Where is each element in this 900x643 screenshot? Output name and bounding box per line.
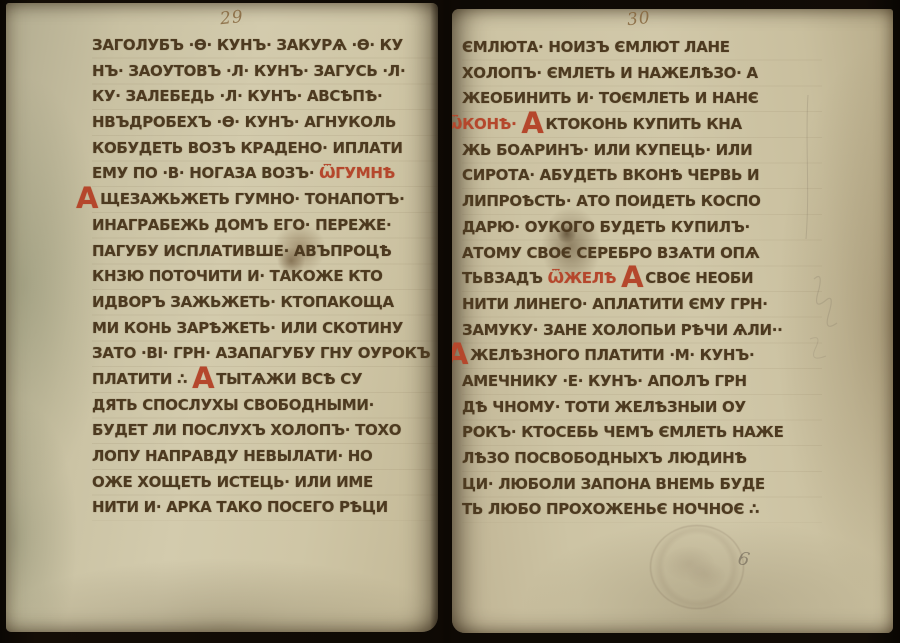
text-line: ЦИ· ЛЮБОЛИ ЗАПОНА ВНЕМЬ БУДЕ bbox=[462, 472, 822, 498]
text-line: ЛОПУ НАПРАВДУ НЕВЫЛАТИ· НО bbox=[92, 444, 438, 470]
text-line: НИТИ ЛИНЕГО· АПЛАТИТИ ЄМУ ГРН· bbox=[462, 292, 822, 318]
ink-text: СВОЄ НЕОБИ bbox=[645, 269, 753, 287]
text-line: СИРОТА· АБУДЕТЬ ВКОНѢ ЧЕРВЬ И bbox=[462, 163, 822, 189]
text-line: ЛѢЗО ПОСВОБОДНЫХЪ ЛЮДИНѢ bbox=[462, 446, 822, 472]
rubric-initial: А bbox=[76, 181, 100, 215]
manuscript-text-right: ЄМЛЮТА· НОИЗЪ ЄМЛЮТ ЛАНЕХОЛОПЪ· ЄМЛЕТЬ И… bbox=[462, 35, 822, 523]
text-line: АЖЕЛѢЗНОГО ПЛАТИТИ ·М· КУНЪ· bbox=[462, 343, 822, 369]
folio-number-left: 29 bbox=[219, 7, 245, 29]
rubric-initial: А bbox=[452, 337, 470, 371]
ink-text: ИНАГРАБЕЖЬ ДОМЪ ЕГО· ПЕРЕЖЕ· bbox=[92, 216, 391, 234]
ink-text: ТЬВЗАДЪ bbox=[462, 269, 548, 287]
text-line: ИДВОРЪ ЗАЖЬЖЕТЬ· КТОПАКОЩА bbox=[92, 290, 438, 316]
text-line: КОБУДЕТЬ ВОЗЪ КРАДЕНО· ИПЛАТИ bbox=[92, 136, 438, 162]
pencil-marginalia-icon bbox=[798, 89, 844, 409]
text-line: НИТИ И· АРКА ТАКО ПОСЕГО РѢЦИ bbox=[92, 495, 438, 521]
rubric-initial: А bbox=[192, 361, 216, 395]
text-line: ПАГУБУ ИСПЛАТИВШЕ· АВЪПРОЦѢ bbox=[92, 239, 438, 265]
text-line: ЗАТО ·ВІ· ГРН· АЗАПАГУБУ ГНУ ОУРОКЪ bbox=[92, 341, 438, 367]
text-line: РОКЪ· КТОСЕБЬ ЧЕМЪ ЄМЛЕТЬ НАЖЕ bbox=[462, 420, 822, 446]
text-line: ѾКОНѢ· АКТОКОНЬ КУПИТЬ КНА bbox=[462, 112, 822, 138]
ink-text: ТЫТѦЖИ ВСѢ СУ bbox=[216, 370, 362, 388]
text-line: ЗАМУКУ· ЗАНЕ ХОЛОПЬИ РѢЧИ ѦЛИ·· bbox=[462, 318, 822, 344]
text-line: ДЯТЬ СПОСЛУХЫ СВОБОДНЫМИ· bbox=[92, 393, 438, 419]
text-line: НЪ· ЗАОУТОВЪ ·Л· КУНЪ· ЗАГУСЬ ·Л· bbox=[92, 59, 438, 85]
left-page: 29 ЗАГОЛУБЪ ·Ѳ· КУНЪ· ЗАКУРѦ ·Ѳ· КУНЪ· З… bbox=[6, 3, 438, 632]
ink-text: ЩЕЗАЖЬЖЕТЬ ГУМНО· ТОНАПОТЪ· bbox=[100, 190, 404, 208]
ink-text: ЦИ· ЛЮБОЛИ ЗАПОНА ВНЕМЬ БУДЕ bbox=[462, 475, 765, 493]
ink-text: ЗАМУКУ· ЗАНЕ ХОЛОПЬИ РѢЧИ ѦЛИ·· bbox=[462, 321, 783, 339]
text-line: КУ· ЗАЛЕБЕДЬ ·Л· КУНЪ· АВСѢПѢ· bbox=[92, 84, 438, 110]
manuscript-text-left: ЗАГОЛУБЪ ·Ѳ· КУНЪ· ЗАКУРѦ ·Ѳ· КУНЪ· ЗАОУ… bbox=[92, 33, 438, 521]
ink-text: ХОЛОПЪ· ЄМЛЕТЬ И НАЖЕЛѢЗО· А bbox=[462, 64, 758, 82]
ink-text: ЖЕЛѢЗНОГО ПЛАТИТИ ·М· КУНЪ· bbox=[470, 346, 754, 364]
folio-number-right: 30 bbox=[626, 9, 652, 30]
text-line: ПЛАТИТИ ∴ АТЫТѦЖИ ВСѢ СУ bbox=[92, 367, 438, 393]
rubric-initial: А bbox=[621, 260, 645, 294]
text-line: ТЬВЗАДЪ ѾЖЕЛѢ АСВОЄ НЕОБИ bbox=[462, 266, 822, 292]
ink-text: ЕМУ ПО ·В· НОГАЗА ВОЗЪ· bbox=[92, 164, 319, 182]
ink-text: БУДЕТ ЛИ ПОСЛУХЪ ХОЛОПЪ· ТОХО bbox=[92, 421, 401, 439]
text-line: МИ КОНЬ ЗАРѢЖЕТЬ· ИЛИ СКОТИНУ bbox=[92, 316, 438, 342]
manuscript-photo: 29 ЗАГОЛУБЪ ·Ѳ· КУНЪ· ЗАКУРѦ ·Ѳ· КУНЪ· З… bbox=[0, 0, 900, 643]
text-line: НВЪДРОБЕХЪ ·Ѳ· КУНЪ· АГНУКОЛЬ bbox=[92, 110, 438, 136]
pencil-note: 6 bbox=[736, 548, 751, 571]
rubric-text: ѾКОНѢ· bbox=[452, 115, 521, 133]
text-line: ЛИПРОѢСТЬ· АТО ПОИДЕТЬ КОСПО bbox=[462, 189, 822, 215]
ink-text: НВЪДРОБЕХЪ ·Ѳ· КУНЪ· АГНУКОЛЬ bbox=[92, 113, 396, 131]
text-line: ДѢ ЧНОМУ· ТОТИ ЖЕЛѢЗНЫИ ОУ bbox=[462, 395, 822, 421]
rubric-text: ѾЖЕЛѢ bbox=[548, 269, 622, 287]
ink-text: СИРОТА· АБУДЕТЬ ВКОНѢ ЧЕРВЬ И bbox=[462, 166, 759, 184]
ink-text: ЗАГОЛУБЪ ·Ѳ· КУНЪ· ЗАКУРѦ ·Ѳ· КУ bbox=[92, 36, 403, 54]
text-line: ЕМУ ПО ·В· НОГАЗА ВОЗЪ· ѾГУМНѢ bbox=[92, 161, 438, 187]
rubric-text: ѾГУМНѢ bbox=[319, 164, 395, 182]
ink-text: ИДВОРЪ ЗАЖЬЖЕТЬ· КТОПАКОЩА bbox=[92, 293, 394, 311]
text-line: БУДЕТ ЛИ ПОСЛУХЪ ХОЛОПЪ· ТОХО bbox=[92, 418, 438, 444]
ink-text: КНЗЮ ПОТОЧИТИ И· ТАКОЖЕ КТО bbox=[92, 267, 383, 285]
ink-text: НЪ· ЗАОУТОВЪ ·Л· КУНЪ· ЗАГУСЬ ·Л· bbox=[92, 62, 405, 80]
ink-text: ЖЕОБИНИТЬ И· ТОЄМЛЕТЬ И НАНЄ bbox=[462, 89, 758, 107]
ink-text: КУ· ЗАЛЕБЕДЬ ·Л· КУНЪ· АВСѢПѢ· bbox=[92, 87, 382, 105]
ink-text: ПАГУБУ ИСПЛАТИВШЕ· АВЪПРОЦѢ bbox=[92, 242, 391, 260]
ink-text: НИТИ ЛИНЕГО· АПЛАТИТИ ЄМУ ГРН· bbox=[462, 295, 768, 313]
text-line: ЗАГОЛУБЪ ·Ѳ· КУНЪ· ЗАКУРѦ ·Ѳ· КУ bbox=[92, 33, 438, 59]
text-line: КНЗЮ ПОТОЧИТИ И· ТАКОЖЕ КТО bbox=[92, 264, 438, 290]
ink-text: АМЕЧНИКУ ·Е· КУНЪ· АПОЛЪ ГРН bbox=[462, 372, 747, 390]
text-line: ДАРЮ· ОУКОГО БУДЕТЬ КУПИЛЪ· bbox=[462, 215, 822, 241]
text-line: ИНАГРАБЕЖЬ ДОМЪ ЕГО· ПЕРЕЖЕ· bbox=[92, 213, 438, 239]
ink-text: ЖЬ БОѦРИНЪ· ИЛИ КУПЕЦЬ· ИЛИ bbox=[462, 141, 752, 159]
text-line: АМЕЧНИКУ ·Е· КУНЪ· АПОЛЪ ГРН bbox=[462, 369, 822, 395]
ink-text: ЗАТО ·ВІ· ГРН· АЗАПАГУБУ ГНУ ОУРОКЪ bbox=[92, 344, 430, 362]
ink-text: ДАРЮ· ОУКОГО БУДЕТЬ КУПИЛЪ· bbox=[462, 218, 750, 236]
text-line: ТЬ ЛЮБО ПРОХОЖЕНЬЄ НОЧНОЄ ∴ bbox=[462, 497, 822, 523]
text-line: ЖЬ БОѦРИНЪ· ИЛИ КУПЕЦЬ· ИЛИ bbox=[462, 138, 822, 164]
text-line: ЄМЛЮТА· НОИЗЪ ЄМЛЮТ ЛАНЕ bbox=[462, 35, 822, 61]
ink-text: НИТИ И· АРКА ТАКО ПОСЕГО РѢЦИ bbox=[92, 498, 388, 516]
ink-text: МИ КОНЬ ЗАРѢЖЕТЬ· ИЛИ СКОТИНУ bbox=[92, 319, 403, 337]
ink-text: КТОКОНЬ КУПИТЬ КНА bbox=[546, 115, 742, 133]
rubric-initial: А bbox=[521, 106, 545, 140]
ink-text: ЛѢЗО ПОСВОБОДНЫХЪ ЛЮДИНѢ bbox=[462, 449, 747, 467]
ink-text: КОБУДЕТЬ ВОЗЪ КРАДЕНО· ИПЛАТИ bbox=[92, 139, 403, 157]
text-line: ОЖЕ ХОЩЕТЬ ИСТЕЦЬ· ИЛИ ИМЕ bbox=[92, 470, 438, 496]
ink-text: ДЯТЬ СПОСЛУХЫ СВОБОДНЫМИ· bbox=[92, 396, 374, 414]
ink-text: АТОМУ СВОЄ СЕРЕБРО ВЗѦТИ ОПѦ bbox=[462, 244, 759, 262]
text-line: ХОЛОПЪ· ЄМЛЕТЬ И НАЖЕЛѢЗО· А bbox=[462, 61, 822, 87]
ink-text: ЛИПРОѢСТЬ· АТО ПОИДЕТЬ КОСПО bbox=[462, 192, 761, 210]
ink-text: ОЖЕ ХОЩЕТЬ ИСТЕЦЬ· ИЛИ ИМЕ bbox=[92, 473, 373, 491]
ink-text: РОКЪ· КТОСЕБЬ ЧЕМЪ ЄМЛЕТЬ НАЖЕ bbox=[462, 423, 784, 441]
ink-text: ЛОПУ НАПРАВДУ НЕВЫЛАТИ· НО bbox=[92, 447, 373, 465]
library-stamp-icon bbox=[650, 525, 744, 609]
ink-text: ЄМЛЮТА· НОИЗЪ ЄМЛЮТ ЛАНЕ bbox=[462, 38, 730, 56]
text-line: АЩЕЗАЖЬЖЕТЬ ГУМНО· ТОНАПОТЪ· bbox=[92, 187, 438, 213]
right-page: 30 ЄМЛЮТА· НОИЗЪ ЄМЛЮТ ЛАНЕХОЛОПЪ· ЄМЛЕТ… bbox=[452, 9, 893, 633]
ink-text: ДѢ ЧНОМУ· ТОТИ ЖЕЛѢЗНЫИ ОУ bbox=[462, 398, 746, 416]
ink-text: ТЬ ЛЮБО ПРОХОЖЕНЬЄ НОЧНОЄ ∴ bbox=[462, 500, 759, 518]
ink-text: ПЛАТИТИ ∴ bbox=[92, 370, 192, 388]
text-line: ЖЕОБИНИТЬ И· ТОЄМЛЕТЬ И НАНЄ bbox=[462, 86, 822, 112]
